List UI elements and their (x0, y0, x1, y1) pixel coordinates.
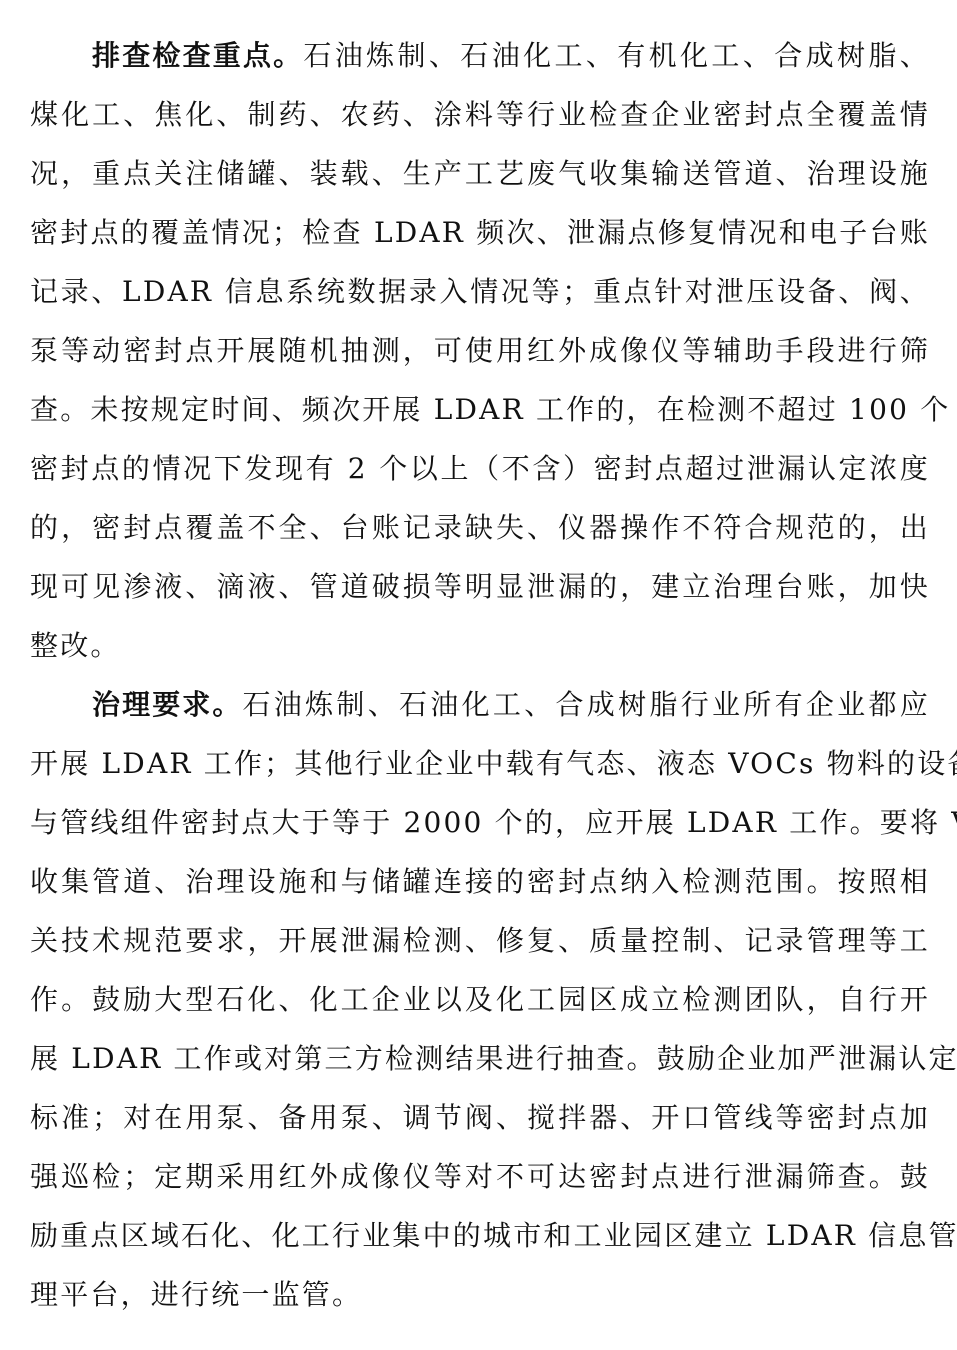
text-line: 与管线组件密封点大于等于 2000 个的，应开展 LDAR 工作。要将 VOCs (30, 793, 930, 852)
text-line: 理平台，进行统一监管。 (30, 1265, 930, 1324)
text-line: 开展 LDAR 工作；其他行业企业中载有气态、液态 VOCs 物料的设备 (30, 734, 930, 793)
text-line: 泵等动密封点开展随机抽测，可使用红外成像仪等辅助手段进行筛 (30, 321, 930, 380)
paragraph-heading: 治理要求。 (92, 688, 243, 721)
text-line: 况，重点关注储罐、装载、生产工艺废气收集输送管道、治理设施 (30, 144, 930, 203)
text-line: 治理要求。石油炼制、石油化工、合成树脂行业所有企业都应 (30, 675, 930, 734)
text-line: 记录、LDAR 信息系统数据录入情况等；重点针对泄压设备、阀、 (30, 262, 930, 321)
text-line: 的，密封点覆盖不全、台账记录缺失、仪器操作不符合规范的，出 (30, 498, 930, 557)
text-line: 密封点的覆盖情况；检查 LDAR 频次、泄漏点修复情况和电子台账 (30, 203, 930, 262)
text-line: 展 LDAR 工作或对第三方检测结果进行抽查。鼓励企业加严泄漏认定 (30, 1029, 930, 1088)
text-line: 关技术规范要求，开展泄漏检测、修复、质量控制、记录管理等工 (30, 911, 930, 970)
text-line: 强巡检；定期采用红外成像仪等对不可达密封点进行泄漏筛查。鼓 (30, 1147, 930, 1206)
text-line: 整改。 (30, 616, 930, 675)
text-line: 排查检查重点。石油炼制、石油化工、有机化工、合成树脂、 (30, 26, 930, 85)
document-page: 排查检查重点。石油炼制、石油化工、有机化工、合成树脂、 煤化工、焦化、制药、农药… (30, 26, 930, 1324)
text-line: 作。鼓励大型石化、化工企业以及化工园区成立检测团队，自行开 (30, 970, 930, 1029)
paragraph-governance-requirements: 治理要求。石油炼制、石油化工、合成树脂行业所有企业都应 开展 LDAR 工作；其… (30, 675, 930, 1324)
paragraph-inspection-focus: 排查检查重点。石油炼制、石油化工、有机化工、合成树脂、 煤化工、焦化、制药、农药… (30, 26, 930, 675)
text-run: 石油炼制、石油化工、合成树脂行业所有企业都应 (243, 688, 931, 721)
text-line: 煤化工、焦化、制药、农药、涂料等行业检查企业密封点全覆盖情 (30, 85, 930, 144)
text-line: 查。未按规定时间、频次开展 LDAR 工作的，在检测不超过 100 个 (30, 380, 930, 439)
text-run: 石油炼制、石油化工、有机化工、合成树脂、 (303, 39, 930, 72)
text-line: 密封点的情况下发现有 2 个以上（不含）密封点超过泄漏认定浓度 (30, 439, 930, 498)
text-line: 励重点区域石化、化工行业集中的城市和工业园区建立 LDAR 信息管 (30, 1206, 930, 1265)
text-line: 标准；对在用泵、备用泵、调节阀、搅拌器、开口管线等密封点加 (30, 1088, 930, 1147)
paragraph-heading: 排查检查重点。 (92, 39, 303, 72)
text-line: 现可见渗液、滴液、管道破损等明显泄漏的，建立治理台账，加快 (30, 557, 930, 616)
text-line: 收集管道、治理设施和与储罐连接的密封点纳入检测范围。按照相 (30, 852, 930, 911)
